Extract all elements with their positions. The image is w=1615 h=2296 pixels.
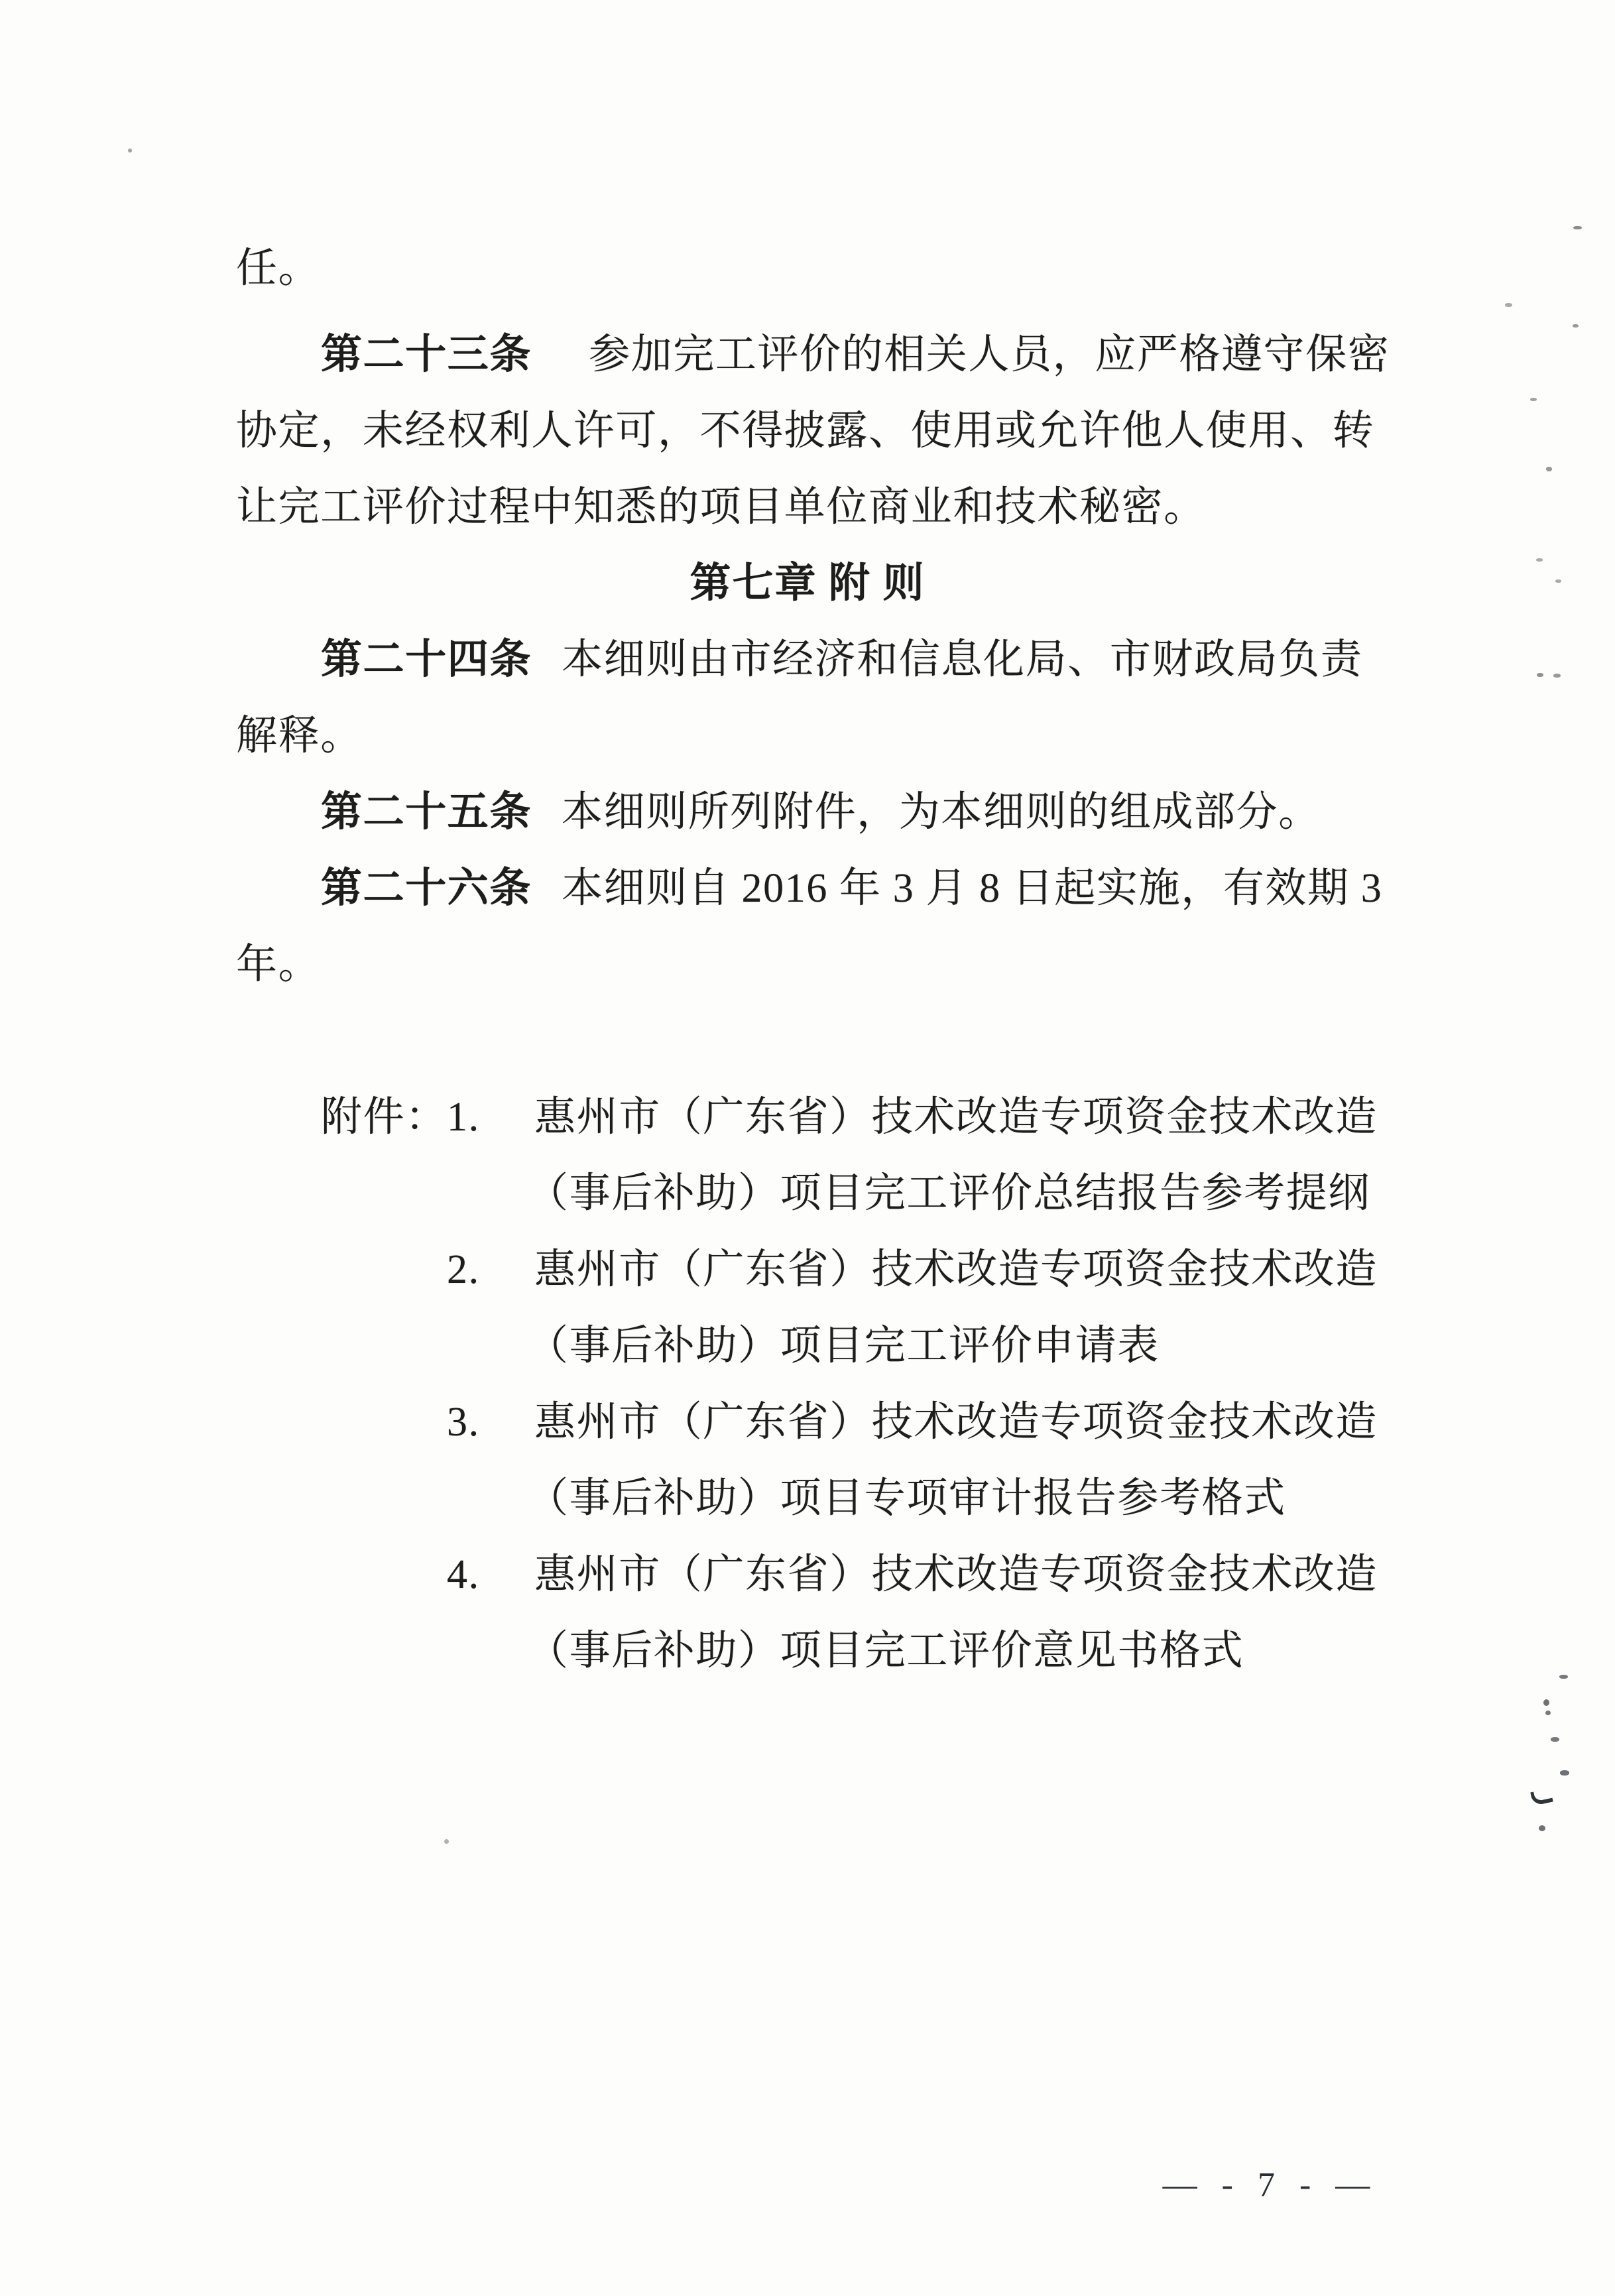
attachments-label: 附件： <box>321 1097 448 1138</box>
scan-speck <box>1530 398 1537 401</box>
page-number-footer: — - 7 - — <box>1158 2167 1383 2204</box>
scan-speck <box>1537 673 1543 677</box>
article-26-line-2: 年。 <box>236 944 320 985</box>
article-23-line-2: 协定，未经权利人许可，不得披露、使用或允许他人使用、转 <box>236 410 1374 452</box>
scan-speck <box>1539 1825 1545 1831</box>
attachment-4-number: 4. <box>447 1554 480 1595</box>
attachment-3-line-2: （事后补助）项目专项审计报告参考格式 <box>527 1478 1286 1519</box>
scan-speck <box>1573 324 1579 328</box>
chapter-7-heading: 第七章 附 则 <box>0 563 1615 604</box>
scan-speck <box>1536 558 1543 562</box>
scan-speck <box>1555 579 1561 583</box>
article-25-text: 本细则所列附件，为本细则的组成部分。 <box>562 790 1321 835</box>
article-24-line-2: 解释。 <box>236 715 363 756</box>
attachment-2-number: 2. <box>447 1249 480 1290</box>
attachment-1-number: 1. <box>447 1097 480 1138</box>
article-26-text: 本细则自 2016 年 3 月 8 日起实施，有效期 3 <box>562 866 1382 911</box>
scan-speck <box>1530 1788 1553 1806</box>
scan-speck <box>1551 1737 1559 1742</box>
article-24-line-1: 第二十四条本细则由市经济和信息化局、市财政局负责 <box>321 639 1362 680</box>
article-26-number: 第二十六条 <box>321 868 532 909</box>
article-23-line-1: 第二十三条参加完工评价的相关人员，应严格遵守保密 <box>321 334 1390 375</box>
scan-speck <box>1505 303 1512 307</box>
scanned-document-page: 任。 第二十三条参加完工评价的相关人员，应严格遵守保密 协定，未经权利人许可，不… <box>0 0 1615 2296</box>
attachment-2-line-1: 惠州市（广东省）技术改造专项资金技术改造 <box>534 1249 1378 1290</box>
scan-speck <box>1545 1711 1551 1715</box>
article-24-text: 本细则由市经济和信息化局、市财政局负责 <box>562 637 1362 682</box>
scan-speck <box>1553 674 1561 678</box>
paragraph-continuation: 任。 <box>236 248 320 289</box>
attachment-1-line-1: 惠州市（广东省）技术改造专项资金技术改造 <box>534 1097 1378 1138</box>
attachment-1-line-2: （事后补助）项目完工评价总结报告参考提纲 <box>527 1173 1370 1214</box>
article-23-line-3: 让完工评价过程中知悉的项目单位商业和技术秘密。 <box>236 487 1206 528</box>
scan-speck <box>1546 467 1552 471</box>
article-24-number: 第二十四条 <box>321 639 532 680</box>
attachment-2-line-2: （事后补助）项目完工评价申请表 <box>527 1325 1160 1366</box>
article-26-line-1: 第二十六条本细则自 2016 年 3 月 8 日起实施，有效期 3 <box>321 868 1382 909</box>
attachment-4-line-1: 惠州市（广东省）技术改造专项资金技术改造 <box>534 1554 1378 1595</box>
scan-speck <box>444 1839 449 1844</box>
scan-speck <box>1560 1770 1569 1776</box>
scan-speck <box>128 149 132 152</box>
scan-speck <box>1559 1675 1568 1679</box>
attachment-3-number: 3. <box>447 1402 480 1443</box>
scan-speck <box>1543 1699 1549 1706</box>
article-25-line-1: 第二十五条本细则所列附件，为本细则的组成部分。 <box>321 792 1321 833</box>
article-23-text: 参加完工评价的相关人员，应严格遵守保密 <box>589 332 1390 377</box>
scan-speck <box>1573 226 1582 229</box>
article-23-number: 第二十三条 <box>321 334 532 375</box>
article-25-number: 第二十五条 <box>321 792 532 833</box>
attachment-3-line-1: 惠州市（广东省）技术改造专项资金技术改造 <box>534 1402 1378 1443</box>
attachment-4-line-2: （事后补助）项目完工评价意见书格式 <box>527 1630 1244 1671</box>
